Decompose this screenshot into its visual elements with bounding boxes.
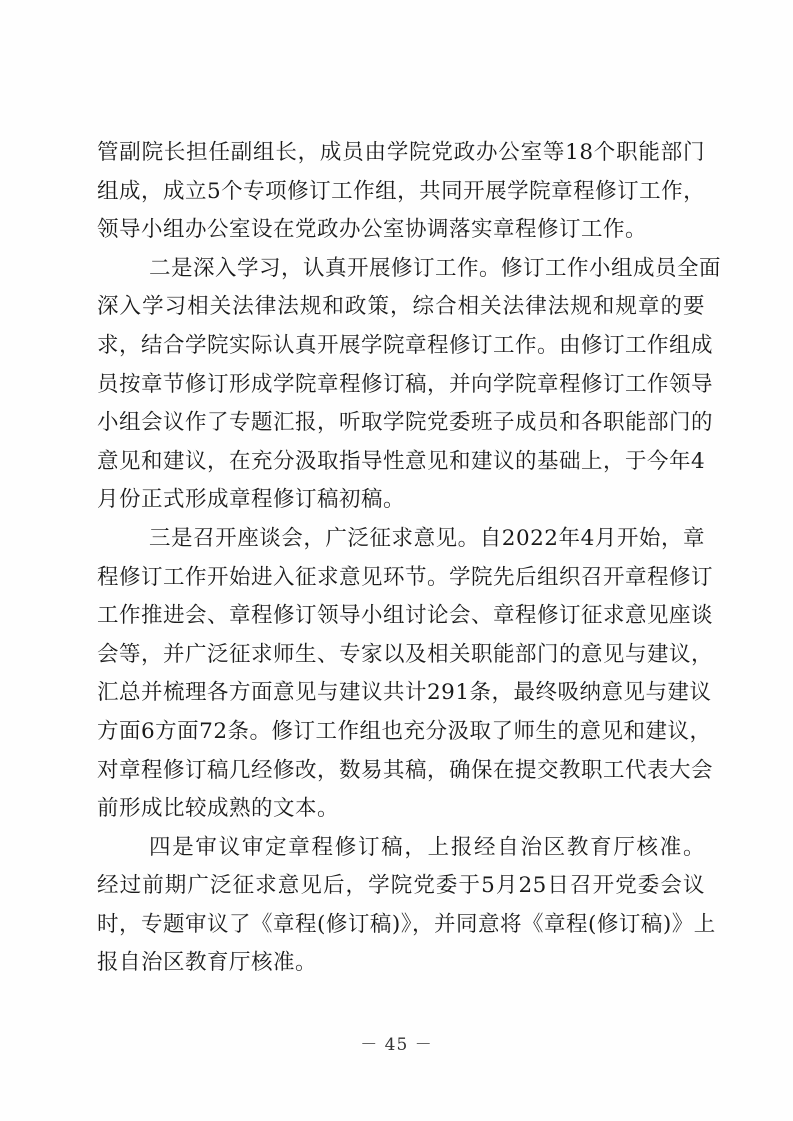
- text-line: 深入学习相关法律法规和政策，综合相关法律法规和规章的要: [97, 288, 705, 327]
- text-line: 二是深入学习，认真开展修订工作。修订工作小组成员全面: [97, 250, 705, 289]
- text-line: 报自治区教育厅核准。: [97, 944, 705, 983]
- text-line: 小组会议作了专题汇报，听取学院党委班子成员和各职能部门的: [97, 404, 705, 443]
- text-line: 程修订工作开始进入征求意见环节。学院先后组织召开章程修订: [97, 559, 705, 598]
- page-number: － 45 －: [0, 1030, 793, 1055]
- text-line: 前形成比较成熟的文本。: [97, 790, 705, 829]
- paragraph-review-approval: 四是审议审定章程修订稿，上报经自治区教育厅核准。 经过前期广泛征求意见后，学院党…: [97, 829, 705, 983]
- text-line: 管副院长担任副组长，成员由学院党政办公室等18个职能部门: [97, 134, 705, 173]
- document-page: 管副院长担任副组长，成员由学院党政办公室等18个职能部门 组成，成立5个专项修订…: [0, 0, 793, 1121]
- text-line: 四是审议审定章程修订稿，上报经自治区教育厅核准。: [97, 829, 705, 868]
- text-line: 领导小组办公室设在党政办公室协调落实章程修订工作。: [97, 211, 705, 250]
- text-line: 员按章节修订形成学院章程修订稿，并向学院章程修订工作领导: [97, 366, 705, 405]
- paragraph-study-revision: 二是深入学习，认真开展修订工作。修订工作小组成员全面 深入学习相关法律法规和政策…: [97, 250, 705, 520]
- body-text: 管副院长担任副组长，成员由学院党政办公室等18个职能部门 组成，成立5个专项修订…: [97, 134, 705, 983]
- text-line: 汇总并梳理各方面意见与建议共计291条，最终吸纳意见与建议: [97, 674, 705, 713]
- text-line: 求，结合学院实际认真开展学院章程修订工作。由修订工作组成: [97, 327, 705, 366]
- text-line: 意见和建议，在充分汲取指导性意见和建议的基础上，于今年4: [97, 443, 705, 482]
- text-line: 会等，并广泛征求师生、专家以及相关职能部门的意见与建议，: [97, 636, 705, 675]
- paragraph-leadership-group: 管副院长担任副组长，成员由学院党政办公室等18个职能部门 组成，成立5个专项修订…: [97, 134, 705, 250]
- text-line: 时，专题审议了《章程(修订稿)》，并同意将《章程(修订稿)》上: [97, 906, 705, 945]
- text-line: 工作推进会、章程修订领导小组讨论会、章程修订征求意见座谈: [97, 597, 705, 636]
- text-line: 组成，成立5个专项修订工作组，共同开展学院章程修订工作，: [97, 173, 705, 212]
- text-line: 三是召开座谈会，广泛征求意见。自2022年4月开始，章: [97, 520, 705, 559]
- text-line: 方面6方面72条。修订工作组也充分汲取了师生的意见和建议，: [97, 713, 705, 752]
- text-line: 对章程修订稿几经修改，数易其稿，确保在提交教职工代表大会: [97, 752, 705, 791]
- paragraph-symposium-opinions: 三是召开座谈会，广泛征求意见。自2022年4月开始，章 程修订工作开始进入征求意…: [97, 520, 705, 829]
- text-line: 月份正式形成章程修订稿初稿。: [97, 481, 705, 520]
- text-line: 经过前期广泛征求意见后，学院党委于5月25日召开党委会议: [97, 867, 705, 906]
